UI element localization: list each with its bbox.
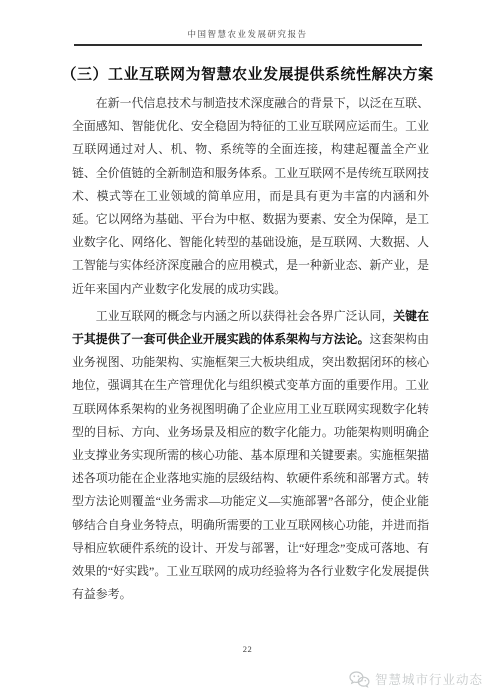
- paragraph-1: 在新一代信息技术与制造技术深度融合的背景下，以泛在互联、全面感知、智能优化、安全…: [72, 92, 429, 301]
- page-number: 22: [0, 644, 495, 654]
- header-rule: [74, 44, 422, 46]
- wechat-icon: [349, 670, 370, 688]
- running-header: 中国智慧农业发展研究报告: [0, 28, 495, 40]
- paragraph-2: 工业互联网的概念与内涵之所以获得社会各界广泛认同，关键在于其提供了一套可供企业开…: [72, 305, 429, 607]
- document-page: 中国智慧农业发展研究报告 （三）工业互联网为智慧农业发展提供系统性解决方案 在新…: [0, 0, 495, 700]
- body-text: 在新一代信息技术与制造技术深度融合的背景下，以泛在互联、全面感知、智能优化、安全…: [72, 92, 429, 606]
- section-heading: （三）工业互联网为智慧农业发展提供系统性解决方案: [0, 63, 495, 84]
- watermark: 智慧城市行业动态: [349, 670, 483, 688]
- watermark-label: 智慧城市行业动态: [375, 670, 483, 688]
